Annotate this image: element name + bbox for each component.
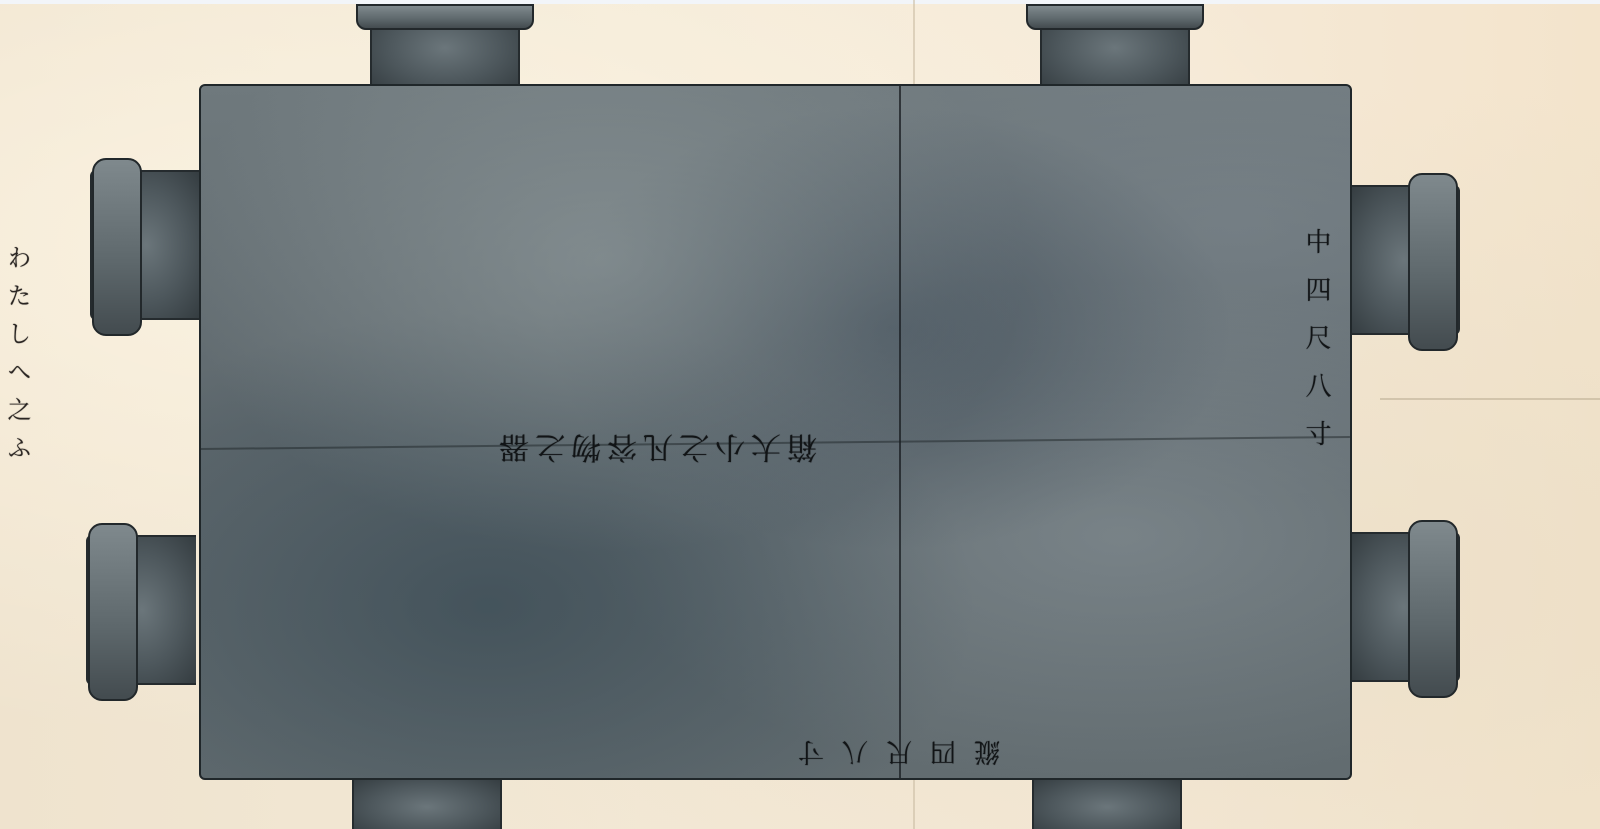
handle-left-upper	[90, 170, 200, 320]
handle-bottom-left	[352, 776, 502, 829]
document-photo: 箱大小之凡容物之器 中四尺八寸 縦四尺八寸 わたしへ之ふ	[0, 0, 1600, 829]
handle-top-right	[1040, 4, 1190, 94]
handle-cap	[88, 523, 138, 701]
handle-cap	[1408, 520, 1458, 698]
handle-cap	[1026, 4, 1204, 30]
bottom-inscription: 縦四尺八寸	[700, 735, 1080, 772]
handle-bottom-right	[1032, 776, 1182, 829]
right-vertical-inscription: 中四尺八寸	[1298, 228, 1335, 468]
paper-fold-line-horizontal	[1380, 398, 1600, 400]
handle-top-left	[370, 4, 520, 94]
handle-left-lower	[86, 535, 196, 685]
handle-cap	[92, 158, 142, 336]
handle-cap	[356, 4, 534, 30]
slab-fold-line-vertical	[899, 86, 901, 778]
left-margin-note: わたしへ之ふ	[0, 245, 35, 473]
center-inscription: 箱大小之凡容物之器	[470, 428, 840, 472]
handle-right-upper	[1350, 185, 1460, 335]
top-edge-strip	[0, 0, 1600, 4]
handle-right-lower	[1350, 532, 1460, 682]
handle-cap	[1408, 173, 1458, 351]
